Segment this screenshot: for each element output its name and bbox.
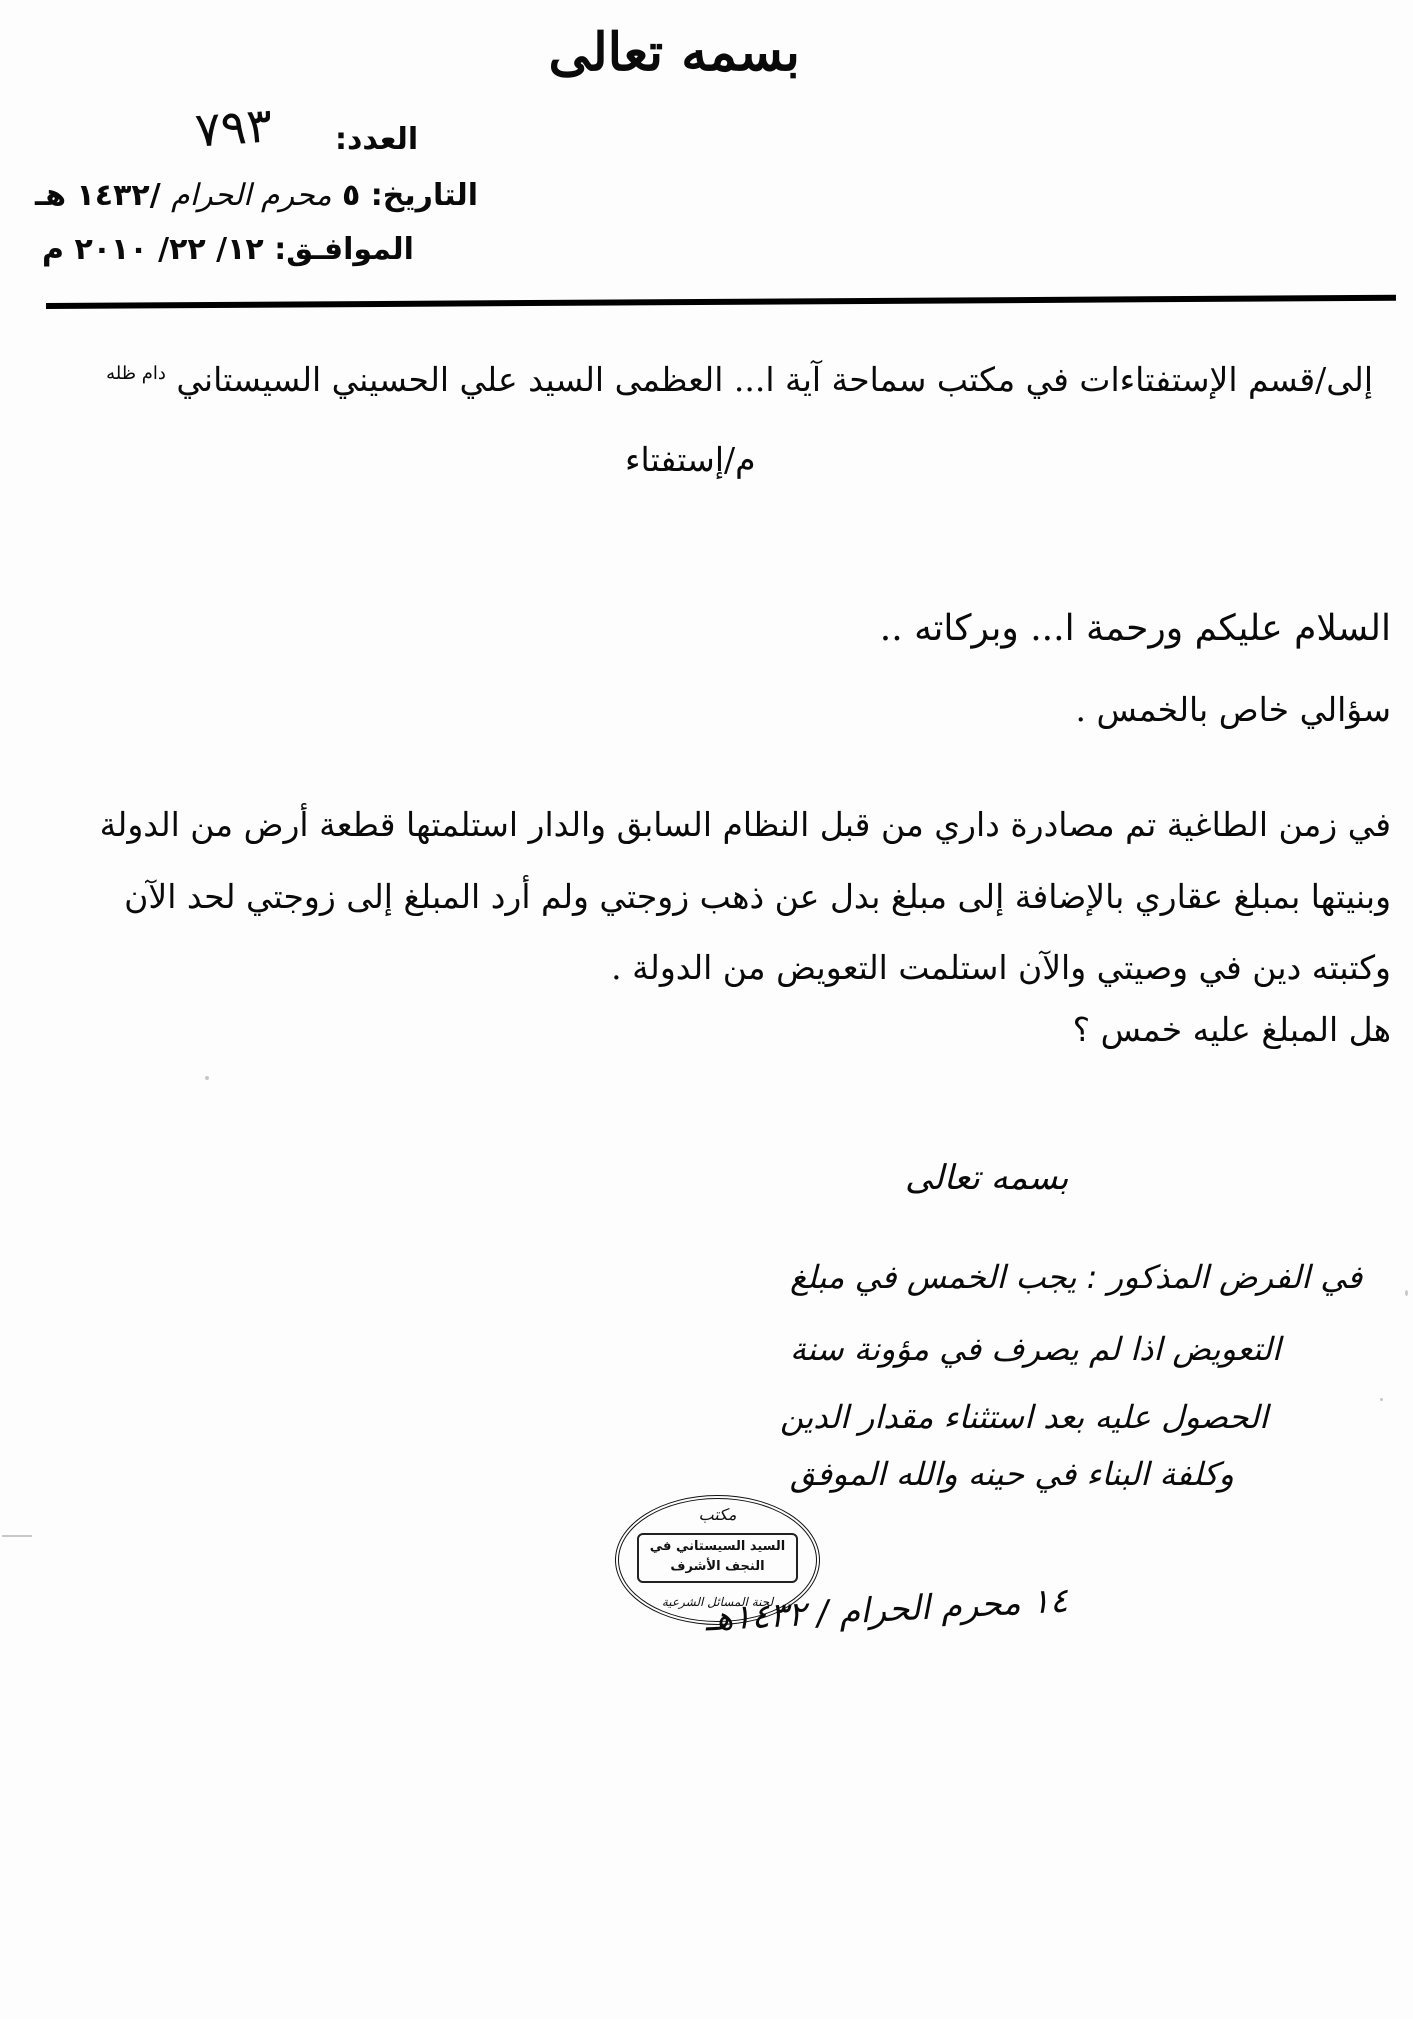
stamp-middle-text: السيد السيستاني في النجف الأشرف — [637, 1533, 798, 1583]
subject-line: م/إستفتاء — [625, 440, 756, 479]
answer-line: الحصول عليه بعد استثناء مقدار الدين — [780, 1398, 1268, 1436]
stamp-top-text: مكتب — [619, 1505, 816, 1524]
reference-number-value: ٧٩٣ — [193, 97, 274, 158]
answer-line: التعويض اذا لم يصرف في مؤونة سنة — [790, 1330, 1281, 1368]
scan-speck — [1380, 1398, 1383, 1401]
corresponding-label: الموافـق: — [274, 232, 414, 267]
scanned-letter-page: بسمه تعالى العدد: ٧٩٣ التاريخ: ٥ محرم ال… — [0, 0, 1413, 2019]
header-basmala: بسمه تعالى — [600, 8, 800, 98]
question-intro: سؤالي خاص بالخمس . — [1076, 690, 1391, 729]
question-line: في زمن الطاغية تم مصادرة داري من قبل الن… — [100, 805, 1391, 844]
date-label: التاريخ: — [371, 178, 478, 213]
hijri-date-row: التاريخ: ٥ محرم الحرام /١٤٣٢ هـ — [35, 178, 478, 213]
hijri-month-handwritten: محرم الحرام — [171, 178, 331, 213]
question-line: وكتبته دين في وصيتي والآن استلمت التعويض… — [611, 948, 1391, 987]
header-divider — [46, 295, 1396, 309]
answer-line: في الفرض المذكور : يجب الخمس في مبلغ — [790, 1258, 1362, 1296]
hijri-day: ٥ — [342, 178, 360, 213]
reference-number-label: العدد: — [335, 122, 418, 157]
question-line: هل المبلغ عليه خمس ؟ — [1073, 1010, 1391, 1049]
addressee-line: إلى/قسم الإستفتاءات في مكتب سماحة آية ا.… — [106, 360, 1373, 399]
scan-speck — [205, 1076, 209, 1080]
answer-basmala: بسمه تعالى — [905, 1158, 1068, 1198]
gregorian-date-row: الموافـق: ١٢/ ٢٢/ ٢٠١٠ م — [42, 232, 414, 267]
greeting-line: السلام عليكم ورحمة ا... وبركاته .. — [880, 608, 1391, 649]
answer-line: وكلفة البناء في حينه والله الموفق — [790, 1455, 1234, 1493]
scan-speck — [1405, 1290, 1408, 1296]
hijri-year: /١٤٣٢ هـ — [35, 178, 161, 213]
question-line: وبنيتها بمبلغ عقاري بالإضافة إلى مبلغ بد… — [124, 877, 1391, 916]
gregorian-date: ١٢/ ٢٢/ ٢٠١٠ م — [42, 232, 264, 267]
addressee-text: إلى/قسم الإستفتاءات في مكتب سماحة آية ا.… — [176, 360, 1373, 399]
honorific: دام ظله — [106, 363, 166, 384]
scan-speck — [2, 1535, 32, 1537]
